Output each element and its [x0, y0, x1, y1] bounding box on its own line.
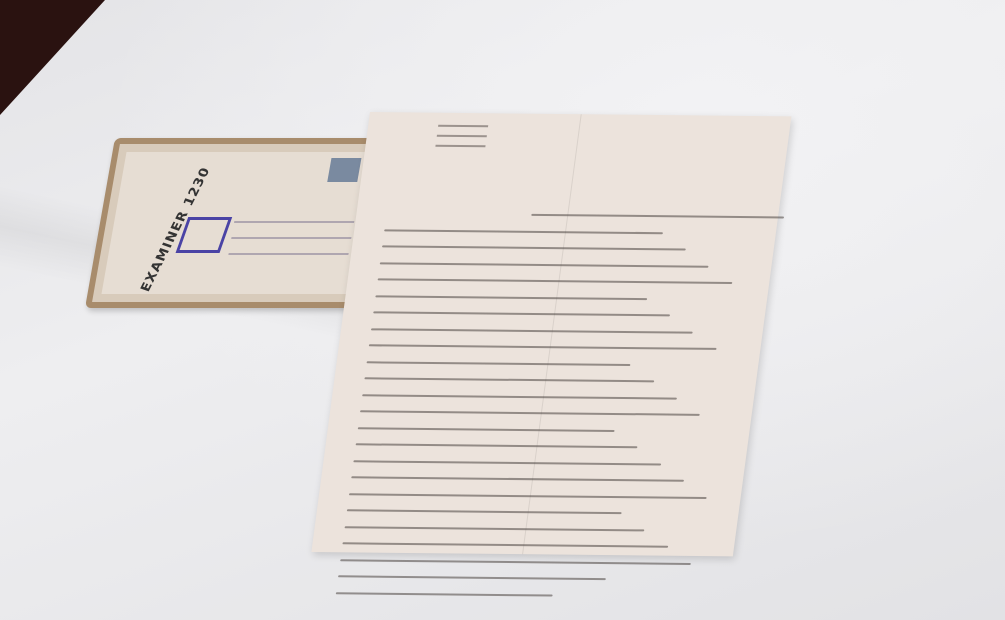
handwriting-line — [358, 427, 615, 432]
wood-table-corner — [0, 0, 105, 115]
photo-scene: EXAMINER 1230 — [0, 0, 1005, 620]
handwriting-line — [362, 394, 677, 399]
handwriting-line — [384, 229, 663, 234]
handwriting-line — [369, 344, 716, 350]
handwriting — [334, 212, 748, 612]
envelope-face: EXAMINER 1230 — [101, 152, 390, 294]
handwriting-line — [340, 559, 691, 565]
handwriting-line — [367, 361, 631, 366]
letterhead — [434, 125, 488, 156]
handwriting-line — [360, 410, 700, 416]
envelope-address — [226, 207, 357, 269]
handwriting-line — [336, 592, 553, 596]
handwriting-line — [378, 278, 733, 284]
handwriting-line — [338, 575, 606, 580]
handwriting-line — [349, 493, 707, 499]
handwriting-line — [382, 245, 686, 250]
handwriting-line — [356, 443, 638, 448]
postage-stamp — [327, 158, 361, 182]
handwriting-line — [353, 460, 661, 465]
handwriting-line — [342, 542, 668, 547]
handwriting-line — [347, 509, 622, 514]
handwriting-line — [375, 295, 646, 300]
handwriting-line — [364, 377, 653, 382]
handwriting-line — [380, 262, 709, 267]
handwriting-line — [531, 214, 784, 219]
handwriting-line — [373, 311, 670, 316]
handwriting-line — [345, 526, 645, 531]
handwritten-letter — [311, 112, 791, 556]
handwriting-line — [371, 328, 693, 333]
handwriting-line — [351, 476, 684, 481]
